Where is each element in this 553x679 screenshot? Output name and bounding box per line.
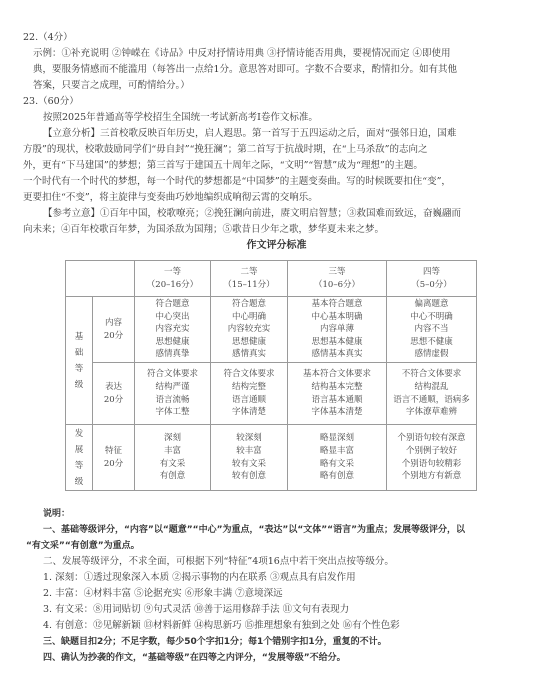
question-22-line: 典，要服务情感而不能滥用（每答出一点给1分。意思答对即可。字数不合要求，酌情扣分… <box>33 62 457 78</box>
criteria-cell: 基本符合文体要求结构基本完整语言基本通顺字体基本清楚 <box>288 363 387 425</box>
table-row-features: 发展等级 特征20分 深刻丰富有文采有创意 较深刻较丰富较有文采较有创意 略显深… <box>66 425 477 491</box>
criteria-cell: 深刻丰富有文采有创意 <box>135 425 211 491</box>
table-title: 作文评分标准 <box>0 238 553 254</box>
note-item-3: 三、缺题目扣2分；不足字数，每少50个字扣1分；每1个错别字扣1分，重复的不计。 <box>43 634 387 650</box>
question-22-line: 示例：①补充说明 ②钟嵘在《诗品》中反对抒情诗用典 ③抒情诗能否用典，要视情况而… <box>33 46 451 62</box>
table-row-expression: 表达20分 符合文体要求结构严谨语言流畅字体工整 符合文体要求结构完整语言通顺字… <box>66 363 477 425</box>
category-label: 内容20分 <box>93 297 135 363</box>
notes-heading: 说明： <box>43 506 70 522</box>
criteria-cell: 较深刻较丰富较有文采较有创意 <box>211 425 288 491</box>
criteria-cell: 偏离题意中心不明确内容不当思想不健康感情虚假 <box>387 297 477 363</box>
criteria-cell: 基本符合题意中心基本明确内容单薄思想基本健康感情基本真实 <box>288 297 387 363</box>
note-item-1: 一、基础等级评分，“内容”以“题意”“中心”为重点，“表达”以“文体”“语言”为… <box>43 522 465 538</box>
category-label: 特征20分 <box>93 425 135 491</box>
analysis-line: 【立意分析】三首校歌反映百年历史，启人遐思。第一首写于五四运动之后，面对“强邻日… <box>43 126 456 142</box>
category-label: 表达20分 <box>93 363 135 425</box>
criteria-cell: 符合文体要求结构严谨语言流畅字体工整 <box>135 363 211 425</box>
header-corner <box>66 261 135 297</box>
criteria-cell: 个别语句较有深意个别例子较好个别语句较精彩个别地方有新意 <box>387 425 477 491</box>
note-item-1-cont: “有文采”“有创意”为重点。 <box>26 538 140 554</box>
feature-line: 3. 有文采：⑧用词贴切 ⑨句式灵活 ⑩善于运用修辞手法 ⑪文句有表现力 <box>43 602 349 618</box>
grade-header: 三等（10–6分） <box>288 261 387 297</box>
note-item-2: 二、发展等级评分，不求全面，可根据下列“特征”4项16点中若干突出点按等级分。 <box>43 554 394 570</box>
group-label-basic: 基础等级 <box>66 297 93 425</box>
criteria-cell: 符合题意中心突出内容充实思想健康感情真挚 <box>135 297 211 363</box>
analysis-line: 外，更有“下马建国”的梦想；第三首写于建国五十周年之际，“文明”“智慧”成为“理… <box>23 158 423 174</box>
criteria-cell: 符合题意中心明确内容较充实思想健康感情真实 <box>211 297 288 363</box>
criteria-cell: 符合文体要求结构完整语言通顺字体清楚 <box>211 363 288 425</box>
criteria-cell: 略显深刻略显丰富略有文采略有创意 <box>288 425 387 491</box>
question-23-intro: 按照2025年普通高等学校招生全国统一考试新高考I卷作文标准。 <box>43 110 318 126</box>
question-23-heading: 23.（60分） <box>23 94 79 110</box>
reference-line: 向未来；④百年校歌百年梦，为国杀敌为国翔；⑤歌昔日少年之歌，梦华夏未来之梦。 <box>23 222 384 238</box>
table-header-row: 一等（20–16分） 二等（15–11分） 三等（10–6分） 四等（5–0分） <box>66 261 477 297</box>
table-row-content: 基础等级 内容20分 符合题意中心突出内容充实思想健康感情真挚 符合题意中心明确… <box>66 297 477 363</box>
criteria-cell: 不符合文体要求结构混乱语言不通顺，语病多字体潦草难辨 <box>387 363 477 425</box>
analysis-line: 一个时代有一个时代的梦想，每一个时代的梦想都是“中国梦”的主题变奏曲。写的时候既… <box>23 174 451 190</box>
reference-line: 【参考立意】①百年中国，校歌嘹亮；②挽狂澜向前进，赓文明启智慧；③救国难而致远，… <box>43 206 461 222</box>
feature-line: 1. 深刻：①透过现象深入本质 ②揭示事物的内在联系 ③观点具有启发作用 <box>43 570 356 586</box>
grade-header: 四等（5–0分） <box>387 261 477 297</box>
grade-header: 一等（20–16分） <box>135 261 211 297</box>
grade-header: 二等（15–11分） <box>211 261 288 297</box>
feature-line: 4. 有创意：⑫见解新颖 ⑬材料新鲜 ⑭构思新巧 ⑮推理想象有独到之处 ⑯有个性… <box>43 618 400 634</box>
question-22-line: 答案，只要言之成理，可酌情给分。） <box>33 78 190 94</box>
group-label-development: 发展等级 <box>66 425 93 491</box>
feature-line: 2. 丰富：④材料丰富 ⑤论据充实 ⑥形象丰满 ⑦意境深远 <box>43 586 283 602</box>
question-22-heading: 22.（4分） <box>23 30 73 46</box>
grading-table: 一等（20–16分） 二等（15–11分） 三等（10–6分） 四等（5–0分）… <box>65 260 477 491</box>
analysis-line: 方殷”的现状，校歌鼓励同学们“毋自封”“挽狂澜”；第二首写于抗战时期，在“上马杀… <box>23 142 428 158</box>
note-item-4: 四、确认为抄袭的作文，“基础等级”在四等之内评分，“发展等级”不给分。 <box>43 650 346 666</box>
analysis-line: 更要扣住“不变”，将主旋律与变奏曲巧妙地编织成响彻云霄的交响乐。 <box>23 190 318 206</box>
